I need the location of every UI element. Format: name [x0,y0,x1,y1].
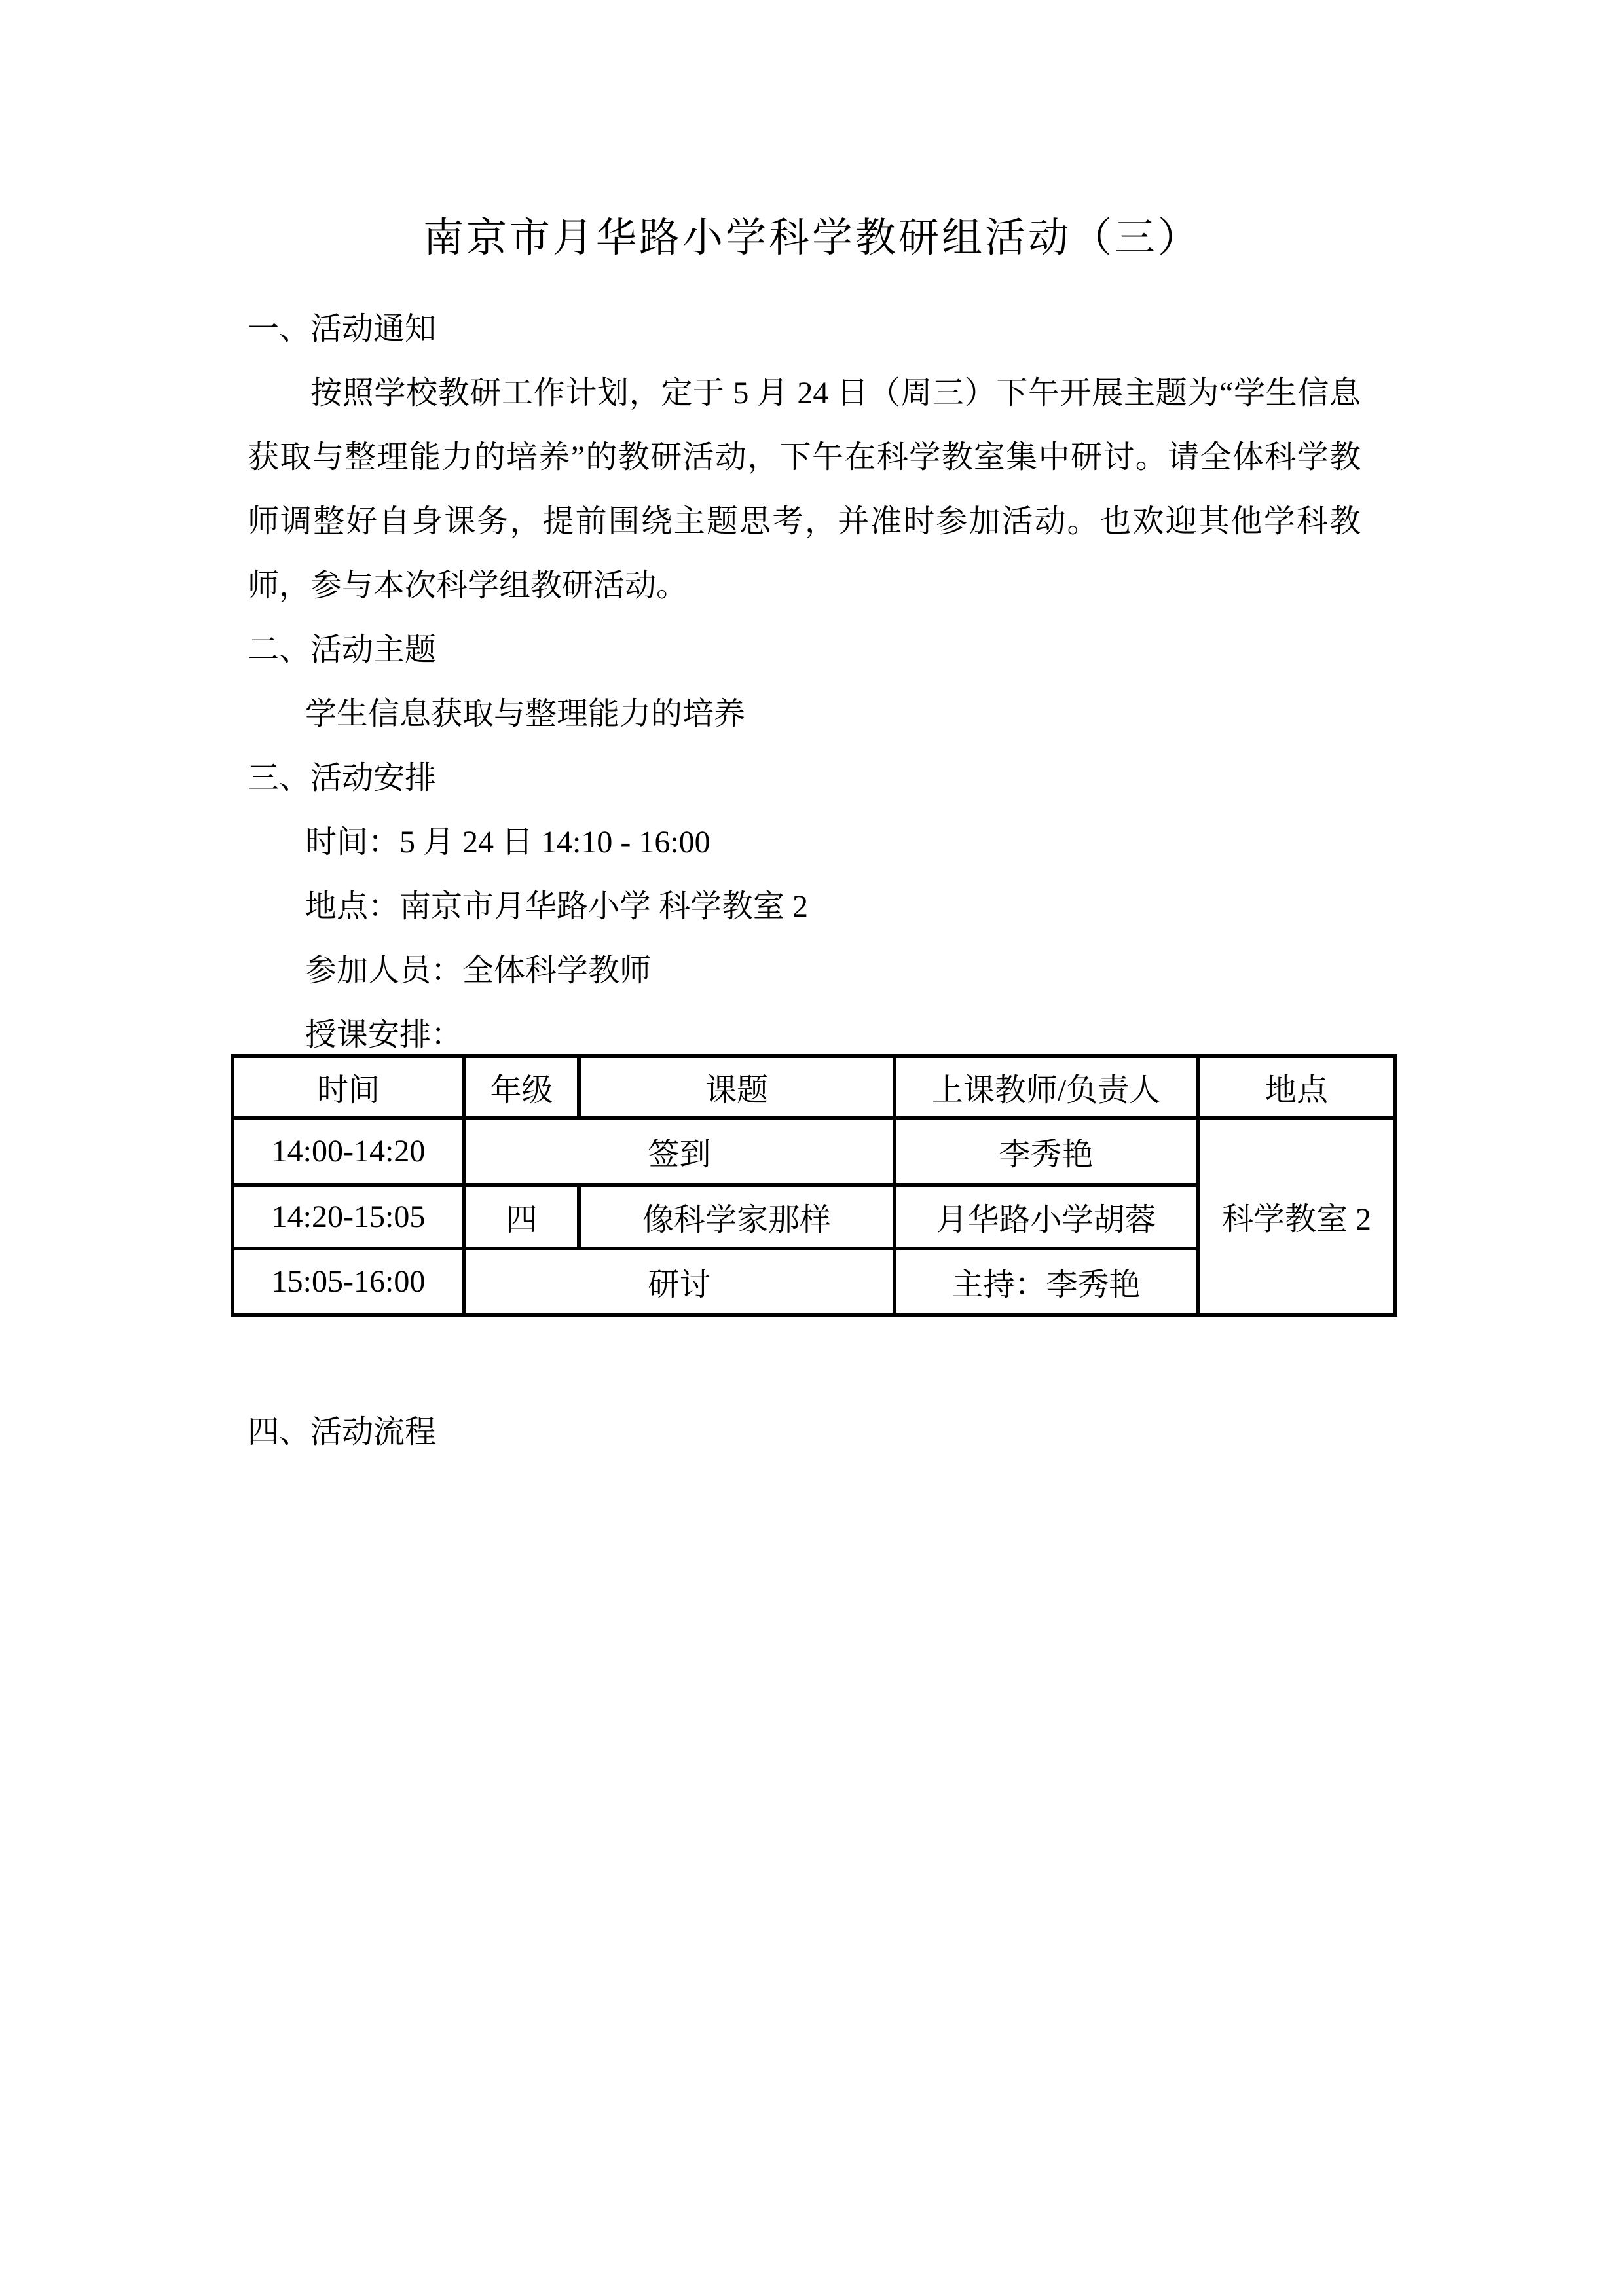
schedule-table: 时间 年级 课题 上课教师/负责人 地点 14:00-14:20 签到 李秀艳 … [231,1054,1397,1317]
header-cell-topic: 课题 [579,1056,895,1118]
section-3-heading: 三、活动安排 [0,746,1624,811]
location-line: 地点：南京市月华路小学 科学教室 2 [0,875,1624,939]
cell-time-3: 15:05-16:00 [232,1248,464,1315]
cell-topic-1: 签到 [464,1118,895,1185]
cell-teacher-3: 主持：李秀艳 [895,1248,1198,1315]
page-title: 南京市月华路小学科学教研组活动（三） [0,0,1624,268]
cell-grade-2: 四 [464,1185,579,1248]
notice-paragraph: 按照学校教研工作计划，定于 5 月 24 日（周三）下午开展主题为“学生信息获取… [248,361,1361,618]
section-1-heading: 一、活动通知 [0,297,1624,361]
header-cell-teacher: 上课教师/负责人 [895,1056,1198,1118]
activity-topic-line: 学生信息获取与整理能力的培养 [0,682,1624,746]
document-body: 一、活动通知 按照学校教研工作计划，定于 5 月 24 日（周三）下午开展主题为… [0,297,1624,1465]
cell-location-merged: 科学教室 2 [1198,1118,1395,1315]
header-cell-grade: 年级 [464,1056,579,1118]
section-2-heading: 二、活动主题 [0,618,1624,682]
header-cell-location: 地点 [1198,1056,1395,1118]
cell-teacher-2: 月华路小学胡蓉 [895,1185,1198,1248]
document-page: 南京市月华路小学科学教研组活动（三） 一、活动通知 按照学校教研工作计划，定于 … [0,0,1624,2296]
cell-topic-2: 像科学家那样 [579,1185,895,1248]
section-4-heading: 四、活动流程 [0,1400,1624,1465]
cell-topic-3: 研讨 [464,1248,895,1315]
cell-time-1: 14:00-14:20 [232,1118,464,1185]
cell-time-2: 14:20-15:05 [232,1185,464,1248]
participants-line: 参加人员：全体科学教师 [0,939,1624,1003]
table-row: 14:00-14:20 签到 李秀艳 科学教室 2 [232,1118,1395,1185]
time-line: 时间：5 月 24 日 14:10 - 16:00 [0,811,1624,875]
cell-teacher-1: 李秀艳 [895,1118,1198,1185]
